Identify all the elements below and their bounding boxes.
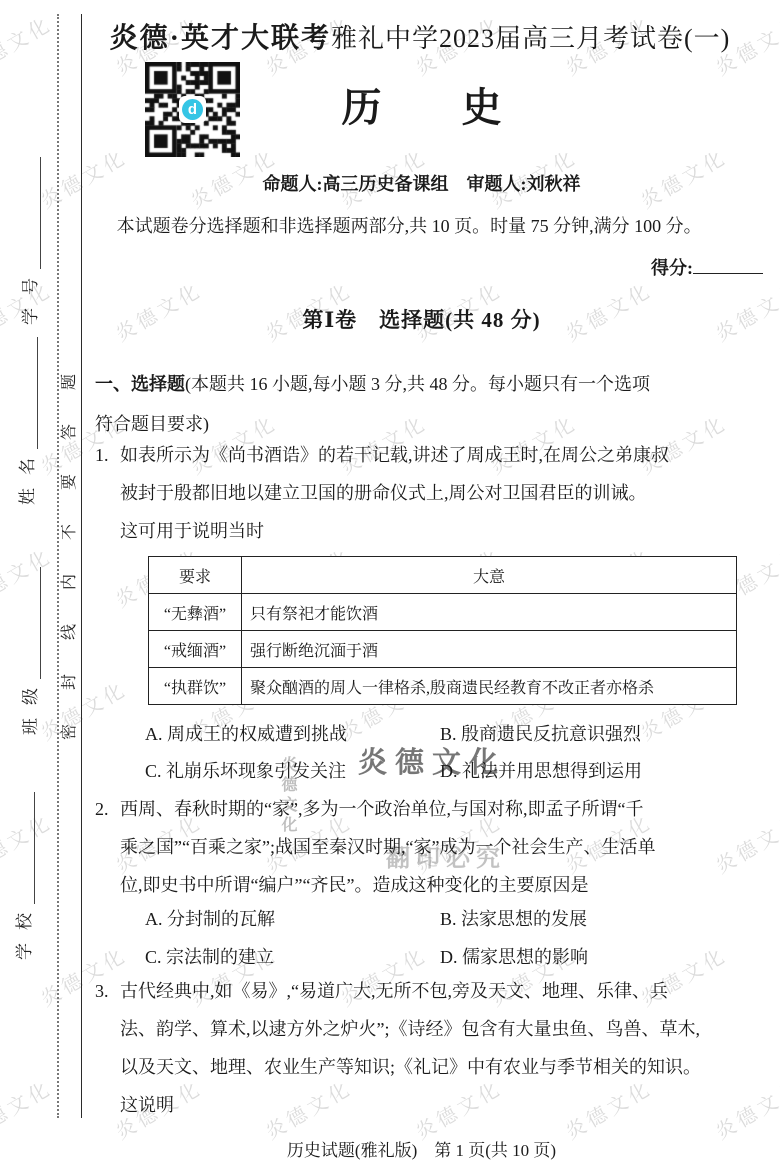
table-row: “无彝酒” 只有祭祀才能饮酒 (149, 594, 737, 631)
class-blank (39, 567, 41, 679)
exam-header: 炎德·英才大联考雅礼中学2023届高三月考试卷(一) (90, 16, 750, 56)
option-2c: C. 宗法制的建立 (145, 938, 440, 976)
table-cell: “戒缅酒” (149, 631, 242, 668)
table-cell: “执群饮” (149, 668, 242, 705)
subject-title: 历 史 (95, 76, 748, 133)
student-id-blank (39, 157, 41, 269)
question-2-text: 西周、春秋时期的“家”,多为一个政治单位,与国对称,即孟子所谓“千 乘之国”“百… (120, 790, 750, 904)
question-1-table: 要求 大意 “无彝酒” 只有祭祀才能饮酒 “戒缅酒” 强行断绝沉湎于酒 “执群饮… (148, 556, 737, 705)
setters-line: 命题人:高三历史备课组 审题人:刘秋祥 (95, 170, 748, 196)
option-2b: B. 法家思想的发展 (440, 900, 745, 938)
question-1: 1. 如表所示为《尚书酒诰》的若干记载,讲述了周成王时,在周公之弟康叔 被封于殷… (95, 436, 753, 550)
name-label: 姓名 (11, 445, 45, 505)
table-header-meaning: 大意 (242, 557, 737, 594)
option-1c: C. 礼崩乐坏现象引发关注 (145, 753, 440, 790)
exam-instructions: 本试题卷分选择题和非选择题两部分,共 10 页。时量 75 分钟,满分 100 … (95, 212, 750, 238)
brand-name: 炎德·英才大联考 (110, 23, 331, 54)
option-1b: B. 殷商遗民反抗意识强烈 (440, 716, 745, 753)
score-blank (693, 257, 763, 274)
table-cell: 只有祭祀才能饮酒 (242, 594, 737, 631)
name-field: 姓名 (9, 335, 45, 505)
question-1-text: 如表所示为《尚书酒诰》的若干记载,讲述了周成王时,在周公之弟康叔 被封于殷都旧地… (120, 436, 750, 550)
part1-label: 一、选择题 (95, 374, 185, 394)
part1-heading: 一、选择题(本题共 16 小题,每小题 3 分,共 48 分。每小题只有一个选项… (95, 364, 753, 444)
score-line: 得分: (95, 254, 763, 280)
table-header-row: 要求 大意 (149, 557, 737, 594)
section1-title: 第Ⅰ卷 选择题(共 48 分) (95, 304, 748, 334)
class-field: 班级 (12, 565, 48, 735)
question-3: 3. 古代经典中,如《易》,“易道广大,无所不包,旁及天文、地理、乐律、兵 法、… (95, 972, 753, 1124)
school-label: 学校 (8, 900, 42, 960)
student-id-field: 学号 (12, 155, 48, 325)
option-1a: A. 周成王的权威遭到挑战 (145, 716, 440, 753)
table-header-requirement: 要求 (149, 557, 242, 594)
student-id-label: 学号 (14, 265, 48, 325)
page-footer: 历史试题(雅礼版) 第 1 页(共 10 页) (95, 1136, 748, 1161)
table-cell: “无彝酒” (149, 594, 242, 631)
class-label: 班级 (14, 675, 48, 735)
exam-title: 雅礼中学2023届高三月考试卷(一) (331, 24, 730, 53)
table-row: “执群饮” 聚众酗酒的周人一律格杀,殷商遗民经教育不改正者亦格杀 (149, 668, 737, 705)
table-cell: 聚众酗酒的周人一律格杀,殷商遗民经教育不改正者亦格杀 (242, 668, 737, 705)
score-label: 得分: (651, 258, 693, 278)
option-1d: D. 礼法并用思想得到运用 (440, 753, 745, 790)
name-blank (36, 337, 38, 449)
question-1-options: A. 周成王的权威遭到挑战 B. 殷商遗民反抗意识强烈 C. 礼崩乐坏现象引发关… (145, 716, 745, 790)
option-2a: A. 分封制的瓦解 (145, 900, 440, 938)
table-row: “戒缅酒” 强行断绝沉湎于酒 (149, 631, 737, 668)
exam-paper-page: 炎德文化炎德文化炎德文化炎德文化炎德文化炎德文化炎德文化炎德文化炎德文化炎德文化… (0, 0, 780, 1175)
question-3-number: 3. (95, 972, 109, 1010)
school-blank (33, 792, 35, 904)
question-1-number: 1. (95, 436, 109, 474)
school-field: 学校 (6, 790, 42, 960)
question-2-options: A. 分封制的瓦解 B. 法家思想的发展 C. 宗法制的建立 D. 儒家思想的影… (145, 900, 745, 976)
option-2d: D. 儒家思想的影响 (440, 938, 745, 976)
seal-notice-text: 密封线内不要答题 (55, 320, 85, 760)
table-cell: 强行断绝沉湎于酒 (242, 631, 737, 668)
question-2-number: 2. (95, 790, 109, 828)
question-2: 2. 西周、春秋时期的“家”,多为一个政治单位,与国对称,即孟子所谓“千 乘之国… (95, 790, 753, 904)
question-3-text: 古代经典中,如《易》,“易道广大,无所不包,旁及天文、地理、乐律、兵 法、韵学、… (120, 972, 750, 1124)
